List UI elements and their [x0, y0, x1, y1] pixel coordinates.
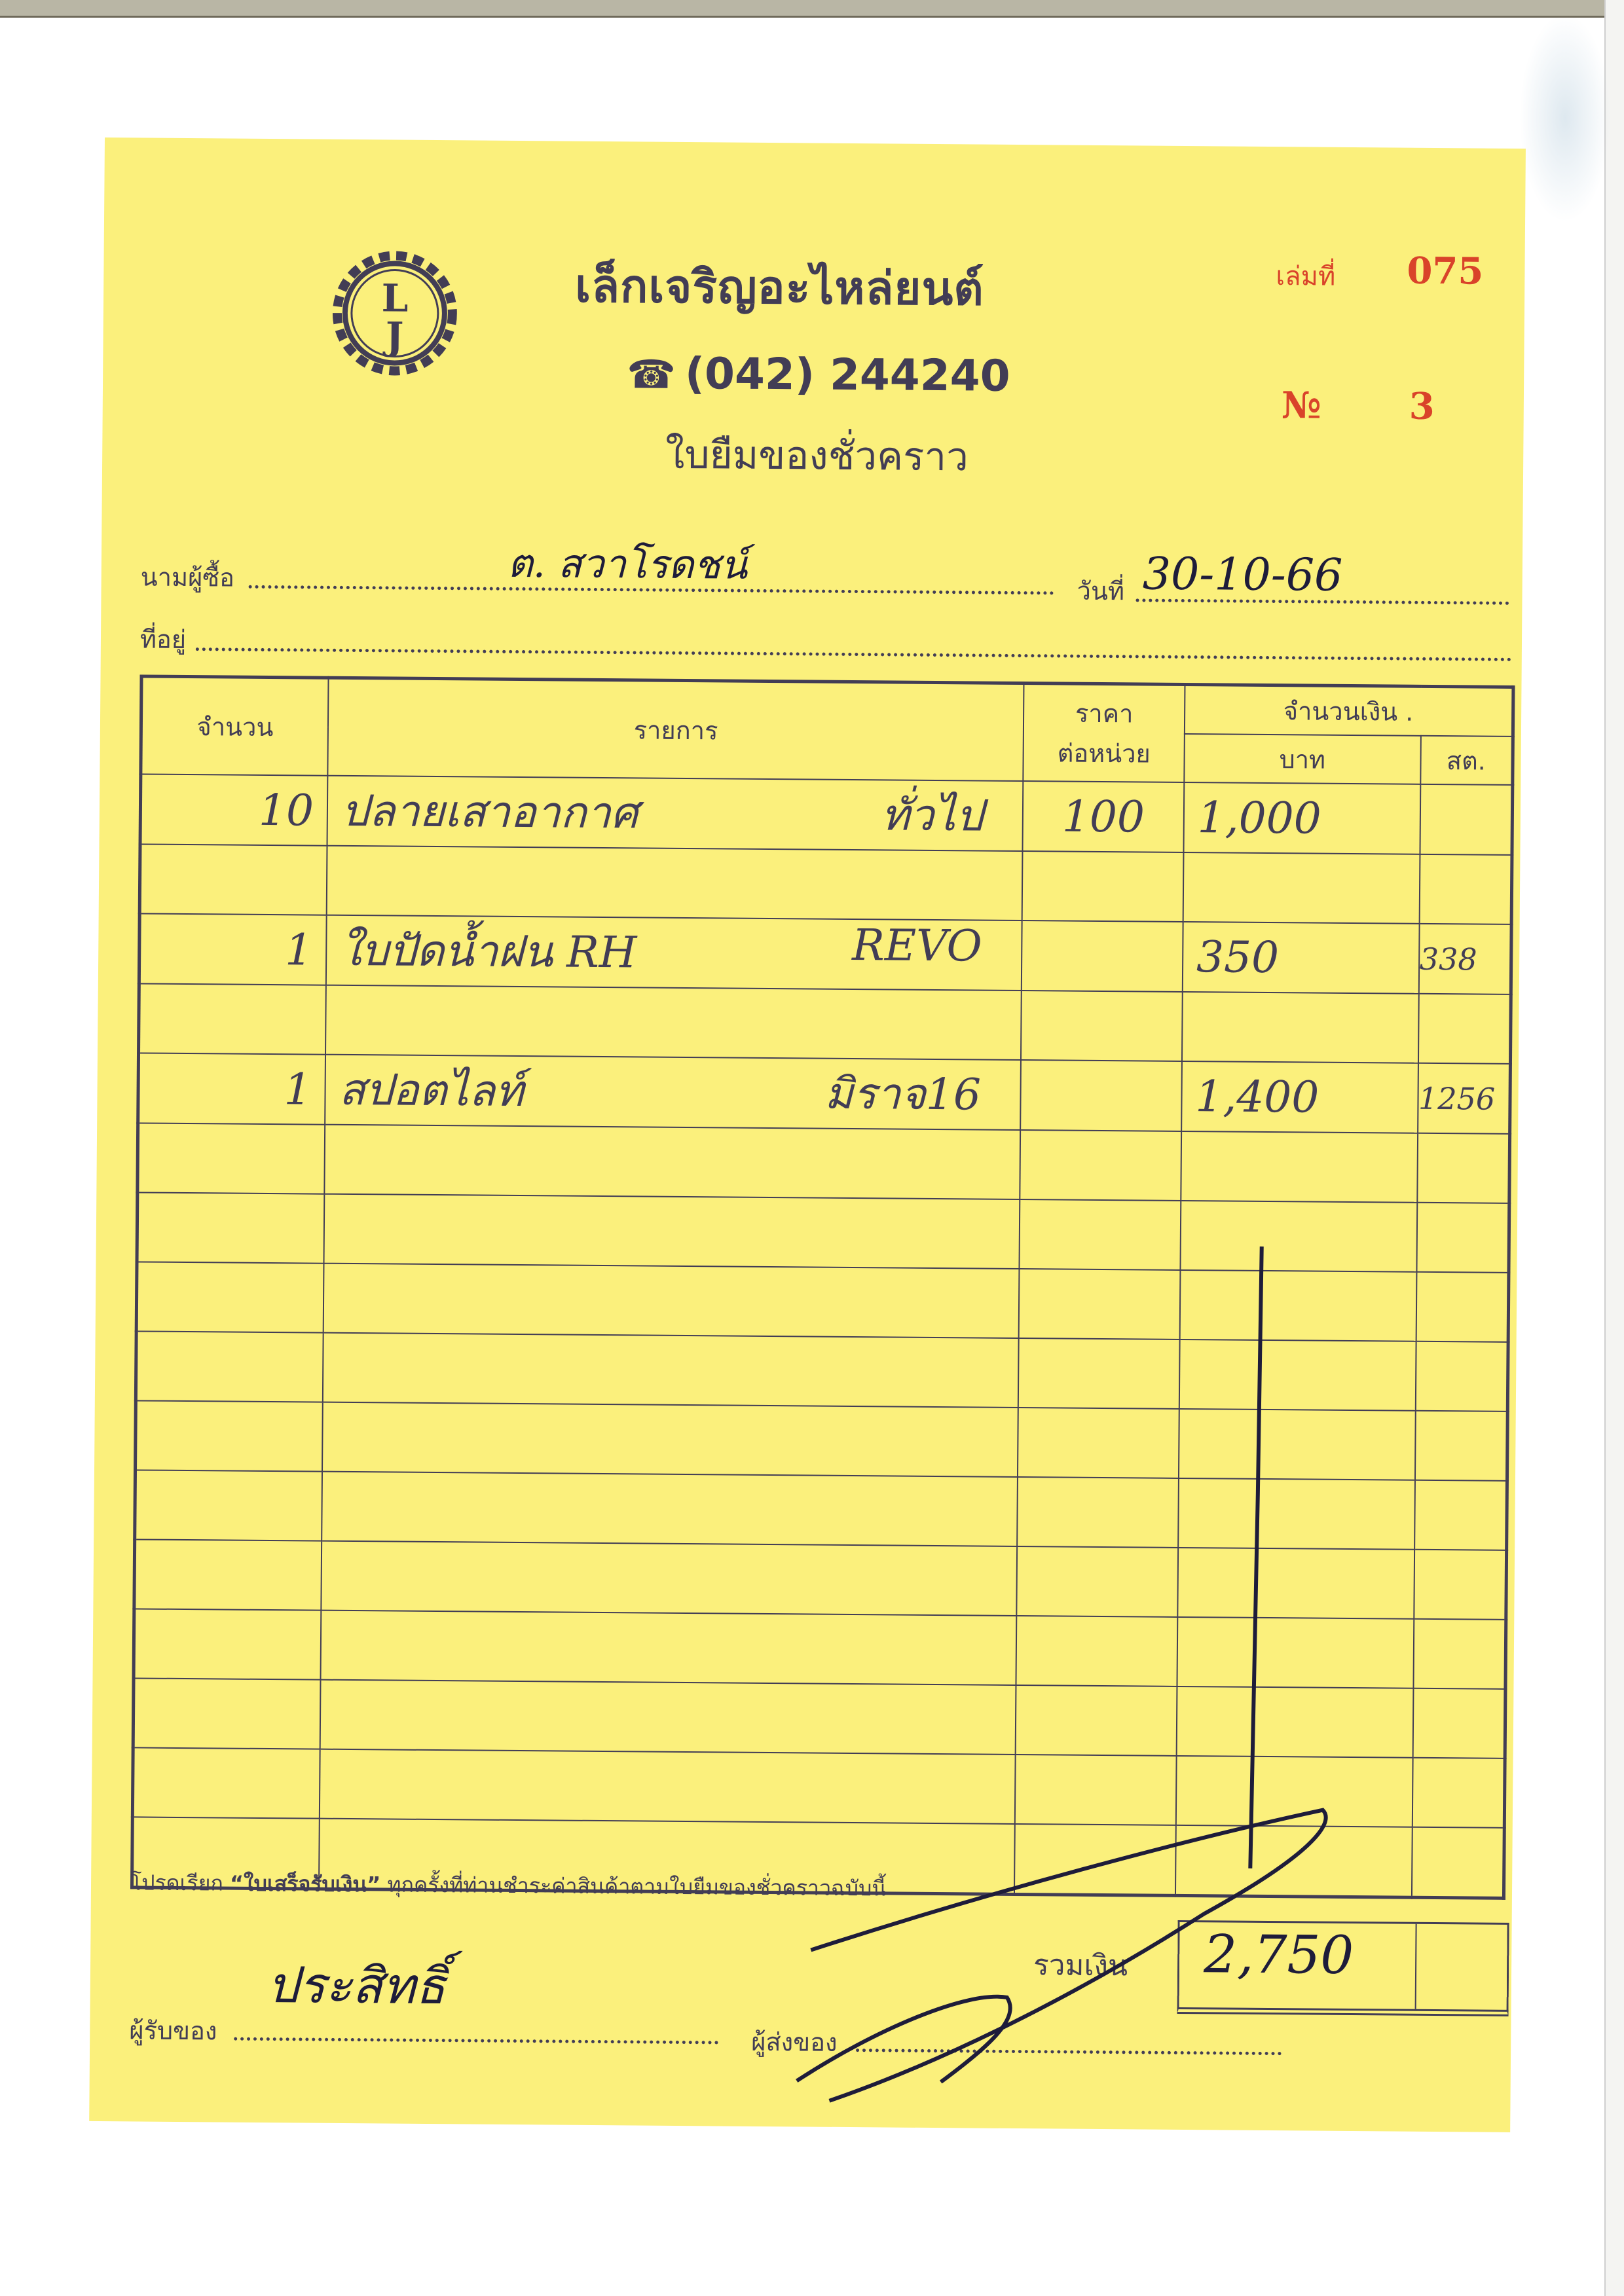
scan-smudge — [1519, 13, 1611, 223]
scanner-right-edge — [1604, 0, 1624, 2296]
sender-signature-scribble — [89, 137, 1526, 2132]
receipt-paper: L J เล็กเจริญอะไหล่ยนต์ ☎(042) 244240 ใบ… — [89, 137, 1526, 2132]
scanner-top-edge — [0, 0, 1624, 18]
